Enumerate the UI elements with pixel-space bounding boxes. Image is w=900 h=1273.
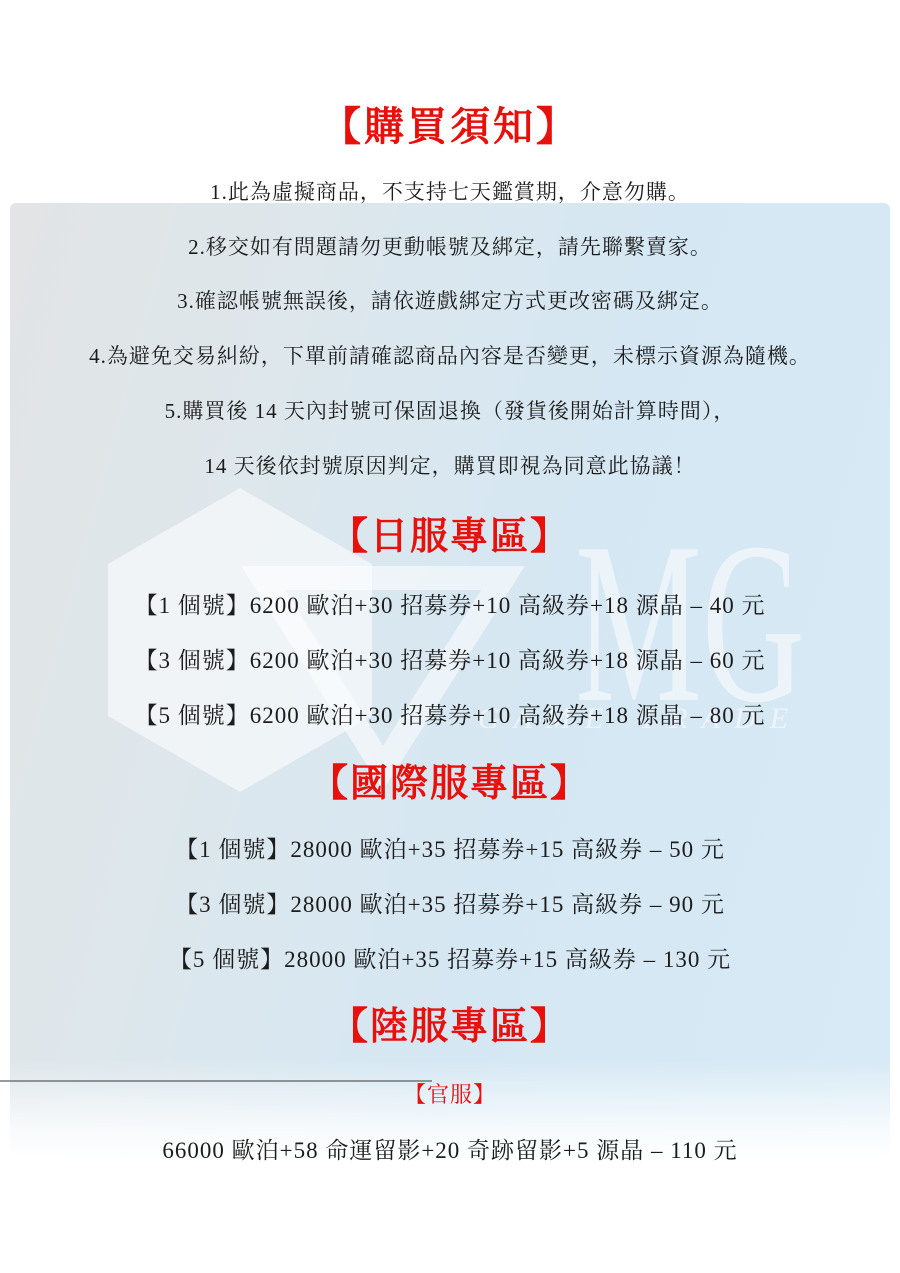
- japan-server-offer-3: 【5 個號】6200 歐泊+30 招募券+10 高級券+18 源晶 – 80 元: [0, 697, 900, 730]
- japan-server-offer-2: 【3 個號】6200 歐泊+30 招募券+10 高級券+18 源晶 – 60 元: [0, 642, 900, 675]
- notice-line-5-continued: 14 天後依封號原因判定，購買即視為同意此協議！: [0, 450, 900, 480]
- china-server-offer-1: 66000 歐泊+58 命運留影+20 奇跡留影+5 源晶 – 110 元: [0, 1132, 900, 1165]
- notice-line-5: 5.購買後 14 天內封號可保固退換（發貨後開始計算時間），: [0, 395, 900, 425]
- japan-server-offer-1: 【1 個號】6200 歐泊+30 招募券+10 高級券+18 源晶 – 40 元: [0, 587, 900, 620]
- global-server-offer-3: 【5 個號】28000 歐泊+35 招募券+15 高級券 – 130 元: [0, 941, 900, 974]
- page-title: 【購買須知】: [0, 95, 900, 152]
- china-server-subheading-official: 【官服】: [0, 1078, 900, 1109]
- notice-line-1: 1.此為虛擬商品，不支持七天鑑賞期，介意勿購。: [0, 176, 900, 206]
- section-heading-china-server: 【陸服專區】: [0, 995, 900, 1050]
- section-heading-global-server: 【國際服專區】: [0, 752, 900, 807]
- notice-line-2: 2.移交如有問題請勿更動帳號及綁定，請先聯繫賣家。: [0, 231, 900, 261]
- global-server-offer-1: 【1 個號】28000 歐泊+35 招募券+15 高級券 – 50 元: [0, 831, 900, 864]
- section-heading-japan-server: 【日服專區】: [0, 505, 900, 560]
- poster-page: MG GAME TRADE 【購買須知】 1.此為虛擬商品，不支持七天鑑賞期，介…: [0, 0, 900, 1273]
- global-server-offer-2: 【3 個號】28000 歐泊+35 招募券+15 高級券 – 90 元: [0, 886, 900, 919]
- notice-line-4: 4.為避免交易糾紛，下單前請確認商品內容是否變更，未標示資源為隨機。: [0, 340, 900, 370]
- notice-line-3: 3.確認帳號無誤後，請依遊戲綁定方式更改密碼及綁定。: [0, 285, 900, 315]
